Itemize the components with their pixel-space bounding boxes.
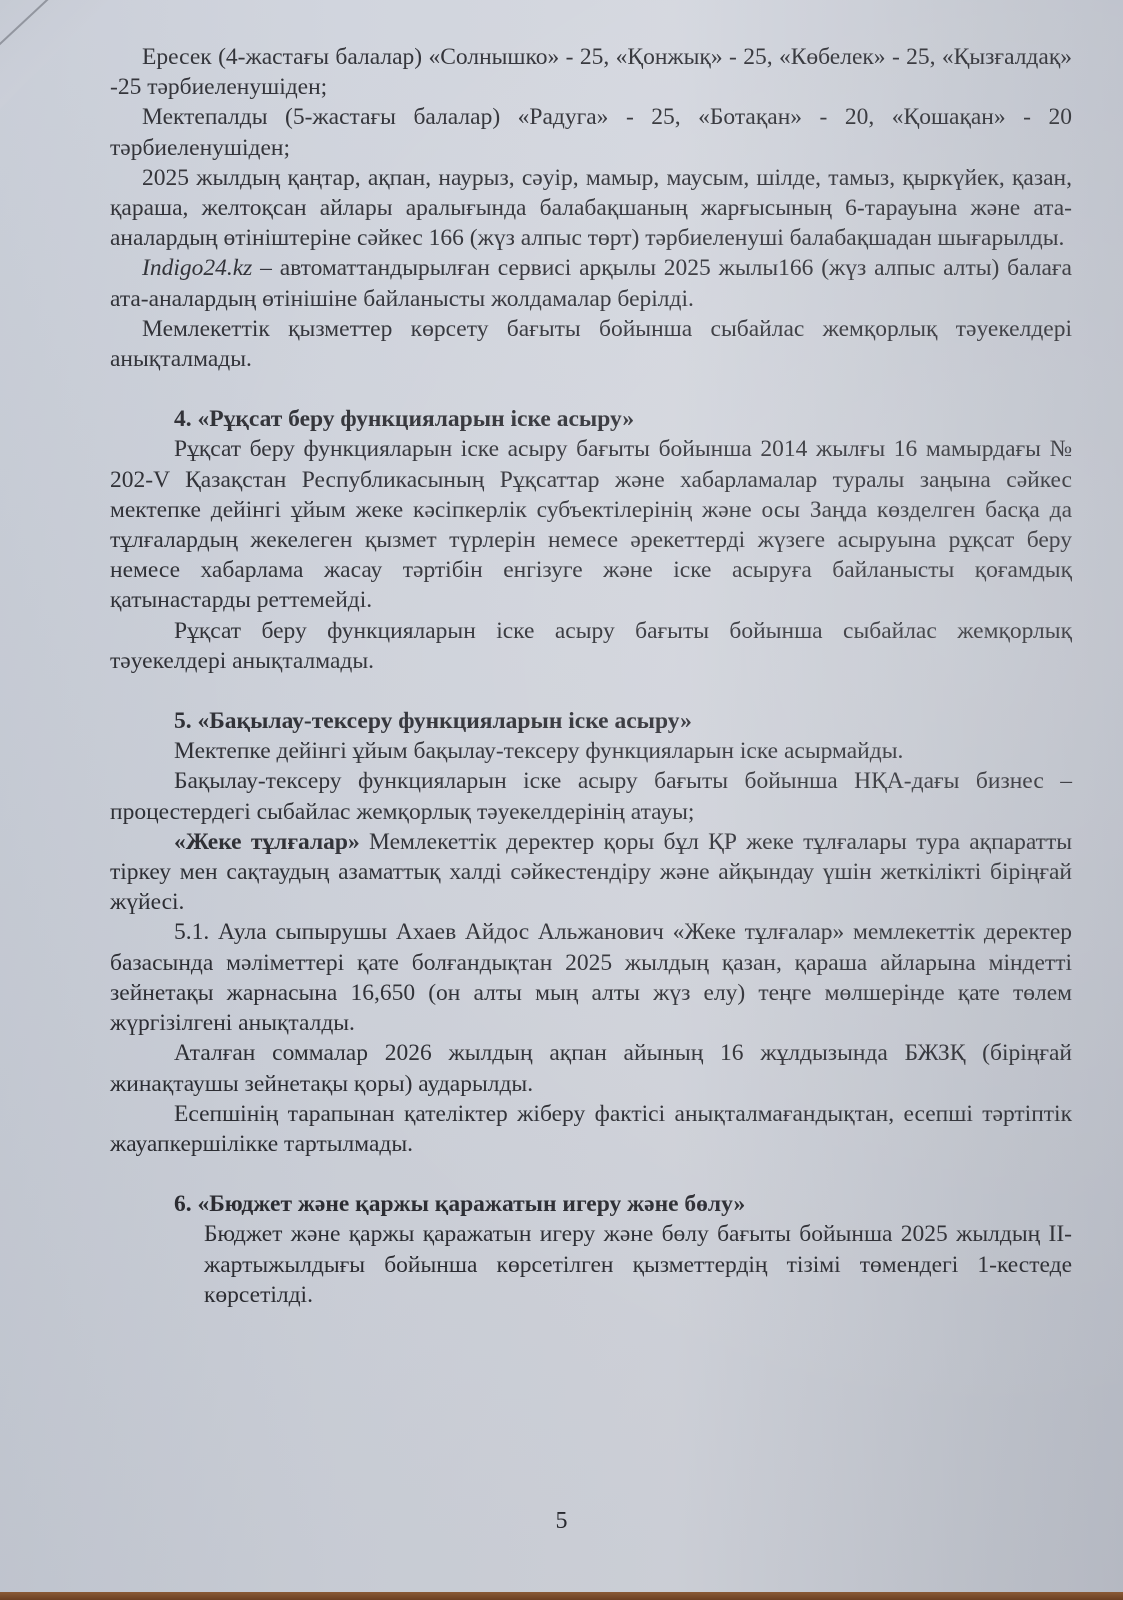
table-surface-edge bbox=[0, 1592, 1123, 1600]
section-5-accountant: Есепшінің тарапынан қателіктер жіберу фа… bbox=[110, 1099, 1072, 1159]
section-6-paragraph: Бюджет және қаржы қаражатын игеру және б… bbox=[110, 1219, 1072, 1310]
paragraph-indigo-referrals: Indigo24.kz – автоматтандырылған сервисі… bbox=[110, 253, 1072, 313]
paragraph-senior-groups: Ересек (4-жастағы балалар) «Солнышко» - … bbox=[110, 42, 1072, 102]
section-5-transfer: Аталған соммалар 2026 жылдың ақпан айыны… bbox=[110, 1038, 1072, 1098]
indigo-text: – автоматтандырылған сервисі арқылы 2025… bbox=[110, 255, 1072, 311]
section-4-conclusion: Рұқсат беру функцияларын іске асыру бағы… bbox=[110, 616, 1072, 676]
section-5-line-1: Мектепке дейінгі ұйым бақылау-тексеру фу… bbox=[110, 736, 1072, 766]
section-5-heading: 5. «Бақылау-тексеру функцияларын іске ас… bbox=[110, 706, 1072, 736]
section-5-registry: «Жеке тұлғалар» Мемлекеттік деректер қор… bbox=[110, 827, 1072, 918]
paragraph-public-services-conclusion: Мемлекеттік қызметтер көрсету бағыты бой… bbox=[110, 314, 1072, 374]
page-number: 5 bbox=[0, 1508, 1123, 1535]
document-body: Ересек (4-жастағы балалар) «Солнышко» - … bbox=[110, 42, 1072, 1310]
paragraph-preschool-groups: Мектепалды (5-жастағы балалар) «Радуга» … bbox=[110, 102, 1072, 162]
document-page: Ересек (4-жастағы балалар) «Солнышко» - … bbox=[0, 0, 1123, 1592]
section-6-heading: 6. «Бюджет және қаржы қаражатын игеру жә… bbox=[110, 1189, 1072, 1219]
folded-corner bbox=[0, 0, 110, 110]
paragraph-expelled-children: 2025 жылдың қаңтар, ақпан, наурыз, сәуір… bbox=[110, 163, 1072, 254]
section-5-line-2: Бақылау-тексеру функцияларын іске асыру … bbox=[110, 766, 1072, 826]
section-4-heading: 4. «Рұқсат беру функцияларын іске асыру» bbox=[110, 404, 1072, 434]
indigo-site-name: Indigo24.kz bbox=[142, 255, 252, 281]
section-5-1-item: 5.1. Аула сыпырушы Ахаев Айдос Альжанови… bbox=[110, 917, 1072, 1038]
registry-label: «Жеке тұлғалар» bbox=[174, 829, 360, 855]
section-4-paragraph-law: Рұқсат беру функцияларын іске асыру бағы… bbox=[110, 434, 1072, 615]
